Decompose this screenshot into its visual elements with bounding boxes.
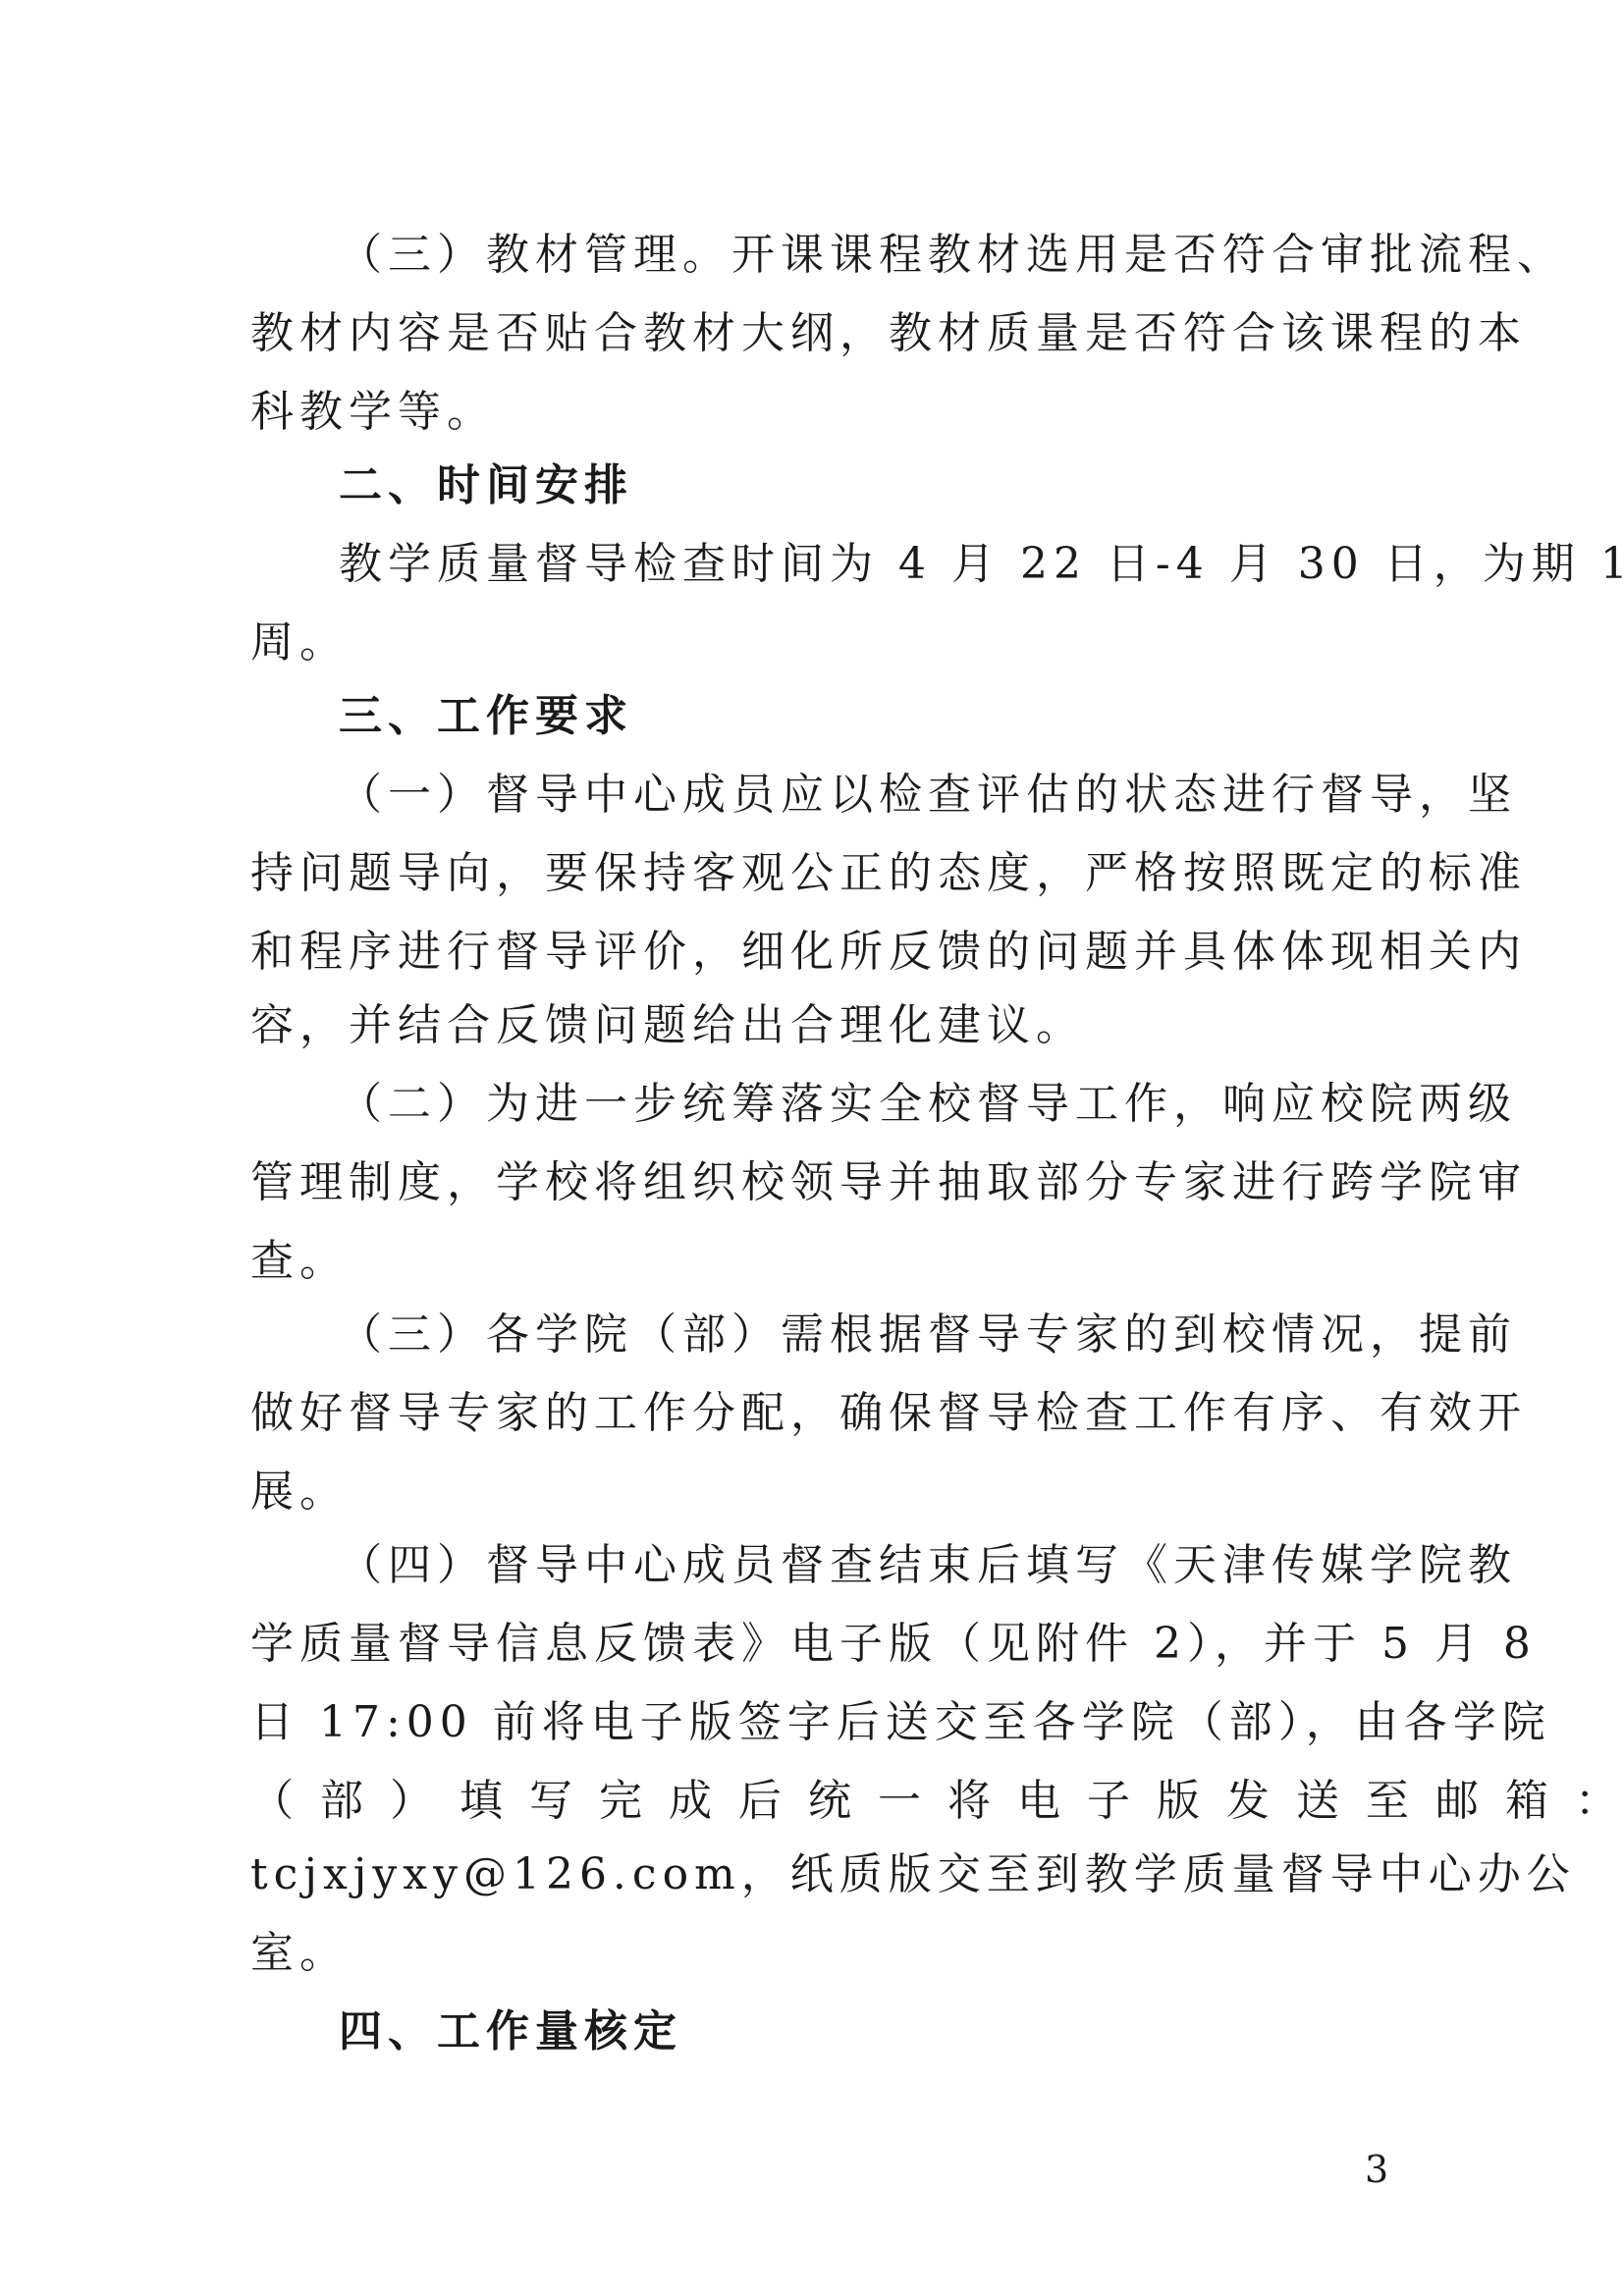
paragraph-requirement-4-line-1: （四）督导中心成员督查结束后填写《天津传媒学院教: [339, 1536, 1468, 1595]
paragraph-requirement-3-line-2: 做好督导专家的工作分配，确保督导检查工作有序、有效开: [250, 1384, 1380, 1443]
paragraph-requirement-1-line-4: 容，并结合反馈问题给出合理化建议。: [250, 996, 1380, 1055]
paragraph-requirement-2-line-2: 管理制度，学校将组织校领导并抽取部分专家进行跨学院审: [250, 1153, 1380, 1212]
section-heading-schedule: 二、时间安排: [339, 456, 1468, 515]
paragraph-materials-management-line-3: 科教学等。: [250, 383, 1380, 442]
paragraph-requirement-4-line-6: 室。: [250, 1924, 1380, 1983]
page-number: 3: [1365, 2145, 1388, 2194]
paragraph-requirement-3-line-3: 展。: [250, 1463, 1380, 1522]
paragraph-materials-management-line-2: 教材内容是否贴合教材大纲，教材质量是否符合该课程的本: [250, 304, 1380, 363]
paragraph-requirement-3-line-1: （三）各学院（部）需根据督导专家的到校情况，提前: [339, 1306, 1468, 1364]
section-heading-requirements: 三、工作要求: [339, 687, 1468, 746]
section-heading-workload: 四、工作量核定: [339, 2002, 1468, 2061]
paragraph-requirement-1-line-2: 持问题导向，要保持客观公正的态度，严格按照既定的标准: [250, 844, 1380, 903]
paragraph-schedule-line-2: 周。: [250, 614, 1380, 672]
paragraph-requirement-1-line-3: 和程序进行督导评价，细化所反馈的问题并具体体现相关内: [250, 923, 1380, 982]
paragraph-schedule-line-1: 教学质量督导检查时间为 4 月 22 日-4 月 30 日，为期 1: [339, 535, 1468, 594]
paragraph-requirement-2-line-3: 查。: [250, 1232, 1380, 1291]
paragraph-requirement-2-line-1: （二）为进一步统筹落实全校督导工作，响应校院两级: [339, 1075, 1468, 1134]
paragraph-requirement-4-line-3: 日 17:00 前将电子版签字后送交至各学院（部），由各学院: [250, 1693, 1380, 1752]
paragraph-requirement-1-line-1: （一）督导中心成员应以检查评估的状态进行督导，坚: [339, 766, 1468, 825]
paragraph-materials-management-line-1: （三）教材管理。开课课程教材选用是否符合审批流程、: [339, 226, 1468, 285]
paragraph-requirement-4-line-2: 学质量督导信息反馈表》电子版（见附件 2），并于 5 月 8: [250, 1615, 1380, 1674]
paragraph-requirement-4-line-4: （部）填写完成后统一将电子版发送至邮箱：: [250, 1772, 1380, 1831]
paragraph-requirement-4-line-5-email: tcjxjyxy@126.com，纸质版交至到教学质量督导中心办公: [250, 1845, 1380, 1904]
